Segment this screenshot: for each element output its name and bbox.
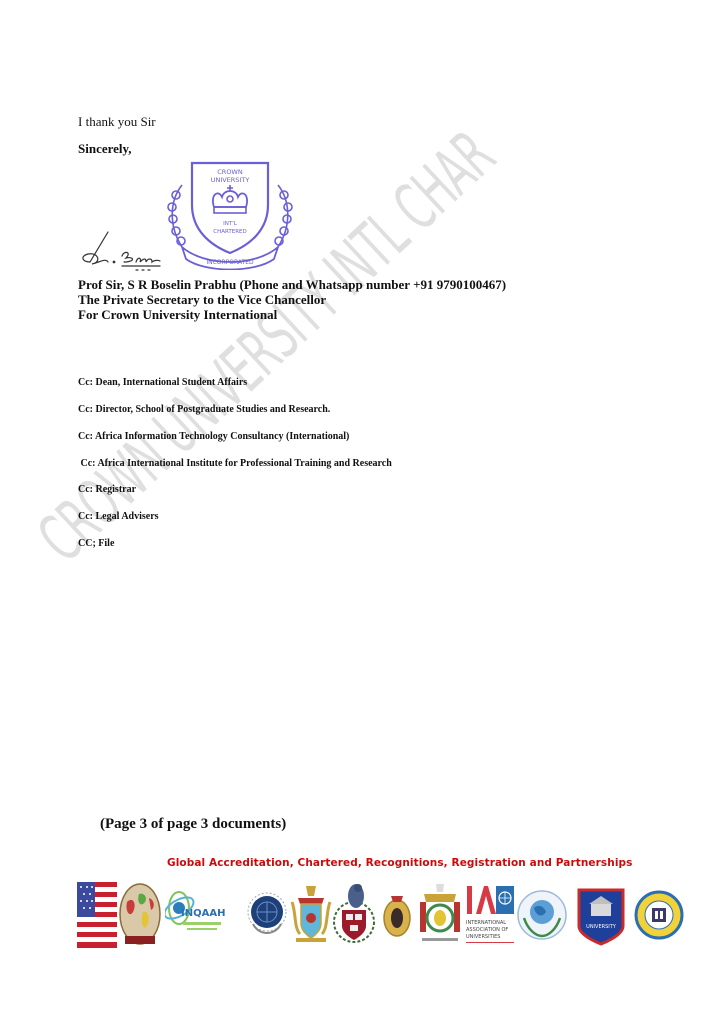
signatory-name: Prof Sir, S R Boselin Prabhu (Phone and … <box>78 277 506 293</box>
svg-text:CHARTERED: CHARTERED <box>213 229 247 235</box>
inqaahe-logo-icon: INQAAHE <box>165 882 225 948</box>
cc-item: Cc: Africa Information Technology Consul… <box>78 431 349 442</box>
harvard-style-crest-icon <box>332 882 376 948</box>
cc-item: Cc: Director, School of Postgraduate Stu… <box>78 404 330 415</box>
svg-text:INT'L: INT'L <box>223 221 238 227</box>
valediction: Sincerely, <box>78 141 132 157</box>
cc-item: CC; File <box>78 538 114 549</box>
svg-text:CROWN: CROWN <box>217 168 243 176</box>
iau-logo-icon: INTERNATIONAL ASSOCIATION OF UNIVERSITIE… <box>464 882 516 948</box>
watermark: CROWN UNIVERSITY INTL CHAR <box>24 283 331 577</box>
royal-coat-of-arms-icon <box>290 882 332 948</box>
us-flag-icon <box>77 882 117 948</box>
signatory-organization: For Crown University International <box>78 307 277 323</box>
svg-text:UNIVERSITY: UNIVERSITY <box>211 176 250 184</box>
footer-heading: Global Accreditation, Chartered, Recogni… <box>167 857 633 869</box>
oval-crest-icon <box>382 882 412 948</box>
globe-laurel-seal-icon <box>516 882 568 948</box>
cc-item: Cc: Legal Advisers <box>78 511 159 522</box>
svg-text:UNIVERSITY: UNIVERSITY <box>586 924 617 930</box>
un-global-compact-logo-icon <box>247 882 287 948</box>
handwritten-signature-icon <box>78 228 168 274</box>
svg-text:INCORPORATED: INCORPORATED <box>206 259 254 266</box>
world-map-globe-icon <box>119 882 161 948</box>
closing-thanks: I thank you Sir <box>78 114 156 130</box>
heraldic-crest-icon <box>418 882 462 948</box>
svg-text:ASSOCIATION OF: ASSOCIATION OF <box>466 927 508 933</box>
page-number-note: (Page 3 of page 3 documents) <box>100 816 286 833</box>
university-shield-icon: UNIVERSITY <box>575 882 627 948</box>
round-university-seal-icon <box>634 882 684 948</box>
svg-text:INQAAHE: INQAAHE <box>181 908 225 919</box>
svg-text:INTERNATIONAL: INTERNATIONAL <box>466 920 506 926</box>
university-seal: CROWN UNIVERSITY INT'L CHARTERED INCORPO… <box>160 155 300 270</box>
cc-item: Cc: Africa International Institute for P… <box>78 458 392 469</box>
cc-item: Cc: Dean, International Student Affairs <box>78 377 247 388</box>
signatory-title: The Private Secretary to the Vice Chance… <box>78 292 326 308</box>
crown-university-seal-icon: CROWN UNIVERSITY INT'L CHARTERED INCORPO… <box>160 155 300 270</box>
signature <box>78 228 168 274</box>
cc-item: Cc: Registrar <box>78 484 136 495</box>
svg-text:UNIVERSITIES: UNIVERSITIES <box>466 934 500 940</box>
